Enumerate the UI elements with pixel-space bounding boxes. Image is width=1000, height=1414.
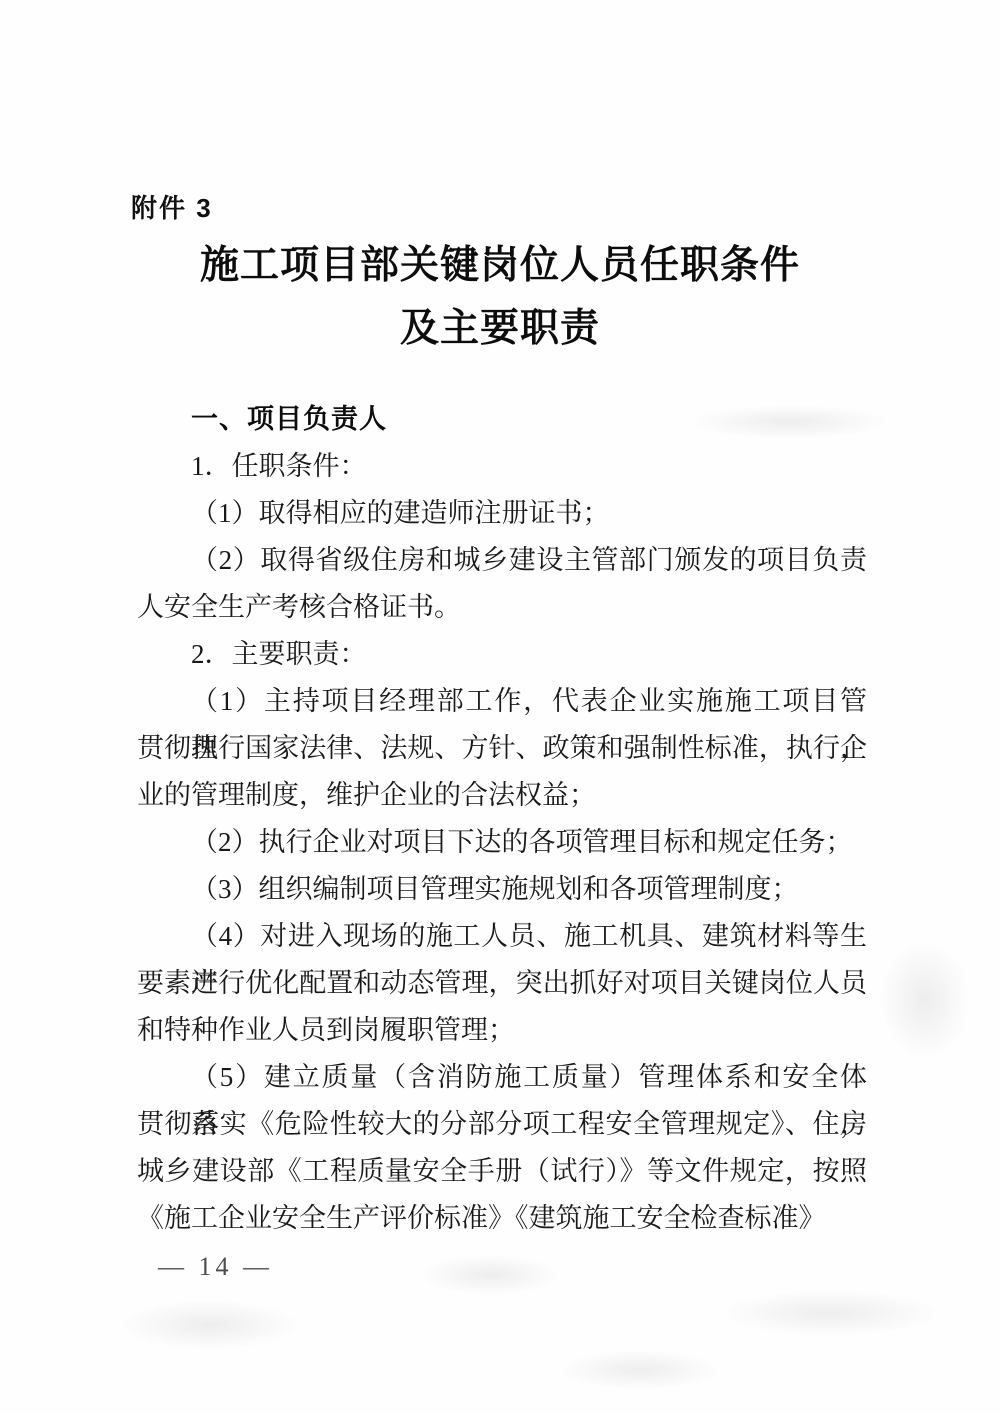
scan-smudge: [420, 1255, 560, 1295]
section-heading: 一、项目负责人: [137, 396, 867, 443]
text-line: （4）对进入现场的施工人员、施工机具、建筑材料等生产: [137, 913, 867, 960]
document-body: 一、项目负责人1．任职条件：（1）取得相应的建造师注册证书；（2）取得省级住房和…: [137, 396, 867, 1242]
text-line: （1）取得相应的建造师注册证书；: [137, 490, 867, 537]
text-line: 要素进行优化配置和动态管理，突出抓好对项目关键岗位人员: [137, 960, 867, 1007]
text-line: 2．主要职责：: [137, 631, 867, 678]
text-line: （5）建立质量（含消防施工质量）管理体系和安全体系，: [137, 1054, 867, 1101]
text-line: 1．任职条件：: [137, 443, 867, 490]
text-line: 《施工企业安全生产评价标准》《建筑施工安全检查标准》: [137, 1195, 867, 1242]
document-title-line2: 及主要职责: [0, 297, 1000, 353]
text-line: （2）执行企业对项目下达的各项管理目标和规定任务；: [137, 819, 867, 866]
scan-smudge: [720, 1290, 940, 1336]
scan-smudge: [880, 940, 970, 1060]
text-line: （1）主持项目经理部工作，代表企业实施施工项目管理，: [137, 678, 867, 725]
text-line: 业的管理制度，维护企业的合法权益；: [137, 772, 867, 819]
document-title-line1: 施工项目部关键岗位人员任职条件: [0, 234, 1000, 290]
text-line: （3）组织编制项目管理实施规划和各项管理制度；: [137, 866, 867, 913]
text-line: 贯彻执行国家法律、法规、方针、政策和强制性标准，执行企: [137, 725, 867, 772]
text-line: 人安全生产考核合格证书。: [137, 584, 867, 631]
page-number: — 14 —: [158, 1252, 273, 1282]
text-line: 贯彻落实《危险性较大的分部分项工程安全管理规定》、住房: [137, 1101, 867, 1148]
scan-smudge: [560, 1350, 720, 1390]
text-line: 和特种作业人员到岗履职管理；: [137, 1007, 867, 1054]
scan-smudge: [120, 1300, 300, 1350]
document-page: 附件 3 施工项目部关键岗位人员任职条件 及主要职责 一、项目负责人1．任职条件…: [0, 0, 1000, 1414]
text-line: （2）取得省级住房和城乡建设主管部门颁发的项目负责: [137, 537, 867, 584]
attachment-label: 附件 3: [131, 188, 213, 225]
text-line: 城乡建设部《工程质量安全手册（试行）》等文件规定，按照: [137, 1148, 867, 1195]
